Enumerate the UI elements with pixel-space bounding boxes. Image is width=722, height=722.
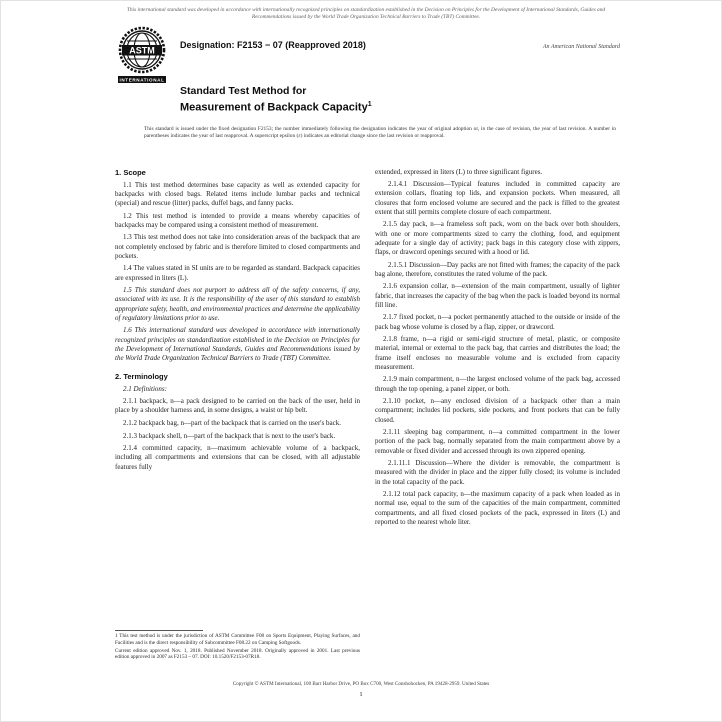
title-footnote-ref: 1 <box>368 101 372 108</box>
two-column-body: 1. Scope 1.1 This test method determines… <box>115 166 620 662</box>
definition-2-1-12: 2.1.12 total pack capacity, n—the maximu… <box>375 490 620 527</box>
terminology-lead: 2.1 Definitions: <box>115 385 360 394</box>
designation-line: Designation: F2153 − 07 (Reapproved 2018… <box>180 40 480 50</box>
definition-2-1-1: 2.1.1 backpack, n—a pack designed to be … <box>115 397 360 415</box>
definition-2-1-7: 2.1.7 fixed pocket, n—a pocket permanent… <box>375 313 620 331</box>
footnote-block: 1 This test method is under the jurisdic… <box>115 626 360 662</box>
astm-standard-page: This international standard was develope… <box>0 0 722 722</box>
terminology-heading: 2. Terminology <box>115 372 360 381</box>
discussion-2-1-5-1: 2.1.5.1 Discussion—Day packs are not fit… <box>375 261 620 279</box>
scope-paragraph-1-3: 1.3 This test method does not take into … <box>115 233 360 261</box>
document-title: Standard Test Method for Measurement of … <box>180 85 372 115</box>
scope-paragraph-1-2: 1.2 This test method is intended to prov… <box>115 212 360 230</box>
discussion-2-1-11-1: 2.1.11.1 Discussion—Where the divider is… <box>375 459 620 487</box>
definition-2-1-8: 2.1.8 frame, n—a rigid or semi-rigid str… <box>375 335 620 372</box>
issued-under-designation-note: This standard is issued under the fixed … <box>144 126 616 140</box>
footnote-jurisdiction: 1 This test method is under the jurisdic… <box>115 633 360 646</box>
definition-2-1-10: 2.1.10 pocket, n—any enclosed division o… <box>375 397 620 425</box>
definition-2-1-6: 2.1.6 expansion collar, n—extension of t… <box>375 282 620 310</box>
american-national-standard-note: An American National Standard <box>480 44 620 50</box>
definition-2-1-3: 2.1.3 backpack shell, n—part of the back… <box>115 432 360 441</box>
definition-2-1-5: 2.1.5 day pack, n—a frameless soft pack,… <box>375 220 620 257</box>
wto-tbt-top-notice: This international standard was develope… <box>112 7 620 20</box>
logo-acronym: ASTM <box>129 46 155 56</box>
definition-2-1-2: 2.1.2 backpack bag, n—part of the backpa… <box>115 419 360 428</box>
definition-2-1-4: 2.1.4 committed capacity, n—maximum achi… <box>115 444 360 472</box>
footnote-separator <box>115 630 203 631</box>
discussion-2-1-4-1: 2.1.4.1 Discussion—Typical features incl… <box>375 180 620 217</box>
astm-international-logo-icon: ASTM INTERNATIONAL <box>114 26 170 86</box>
definition-2-1-11: 2.1.11 sleeping bag compartment, n—a com… <box>375 428 620 456</box>
copyright-line: Copyright © ASTM International, 100 Barr… <box>100 681 622 687</box>
definition-2-1-9: 2.1.9 main compartment, n—the largest en… <box>375 375 620 393</box>
title-line-1: Standard Test Method for <box>180 85 372 98</box>
scope-paragraph-1-4: 1.4 The values stated in SI units are to… <box>115 264 360 282</box>
scope-paragraph-1-5: 1.5 This standard does not purport to ad… <box>115 286 360 323</box>
scope-heading: 1. Scope <box>115 168 360 177</box>
right-column: extended, expressed in liters (L) to thr… <box>375 166 620 662</box>
definition-2-1-4-continued: extended, expressed in liters (L) to thr… <box>375 168 620 177</box>
left-column: 1. Scope 1.1 This test method determines… <box>115 166 360 662</box>
title-line-2: Measurement of Backpack Capacity1 <box>180 98 372 115</box>
scope-paragraph-1-6: 1.6 This international standard was deve… <box>115 326 360 363</box>
footnote-edition: Current edition approved Nov. 1, 2018. P… <box>115 648 360 661</box>
scope-paragraph-1-1: 1.1 This test method determines base cap… <box>115 181 360 209</box>
logo-banner: INTERNATIONAL <box>120 77 165 82</box>
page-number: 1 <box>0 691 722 698</box>
